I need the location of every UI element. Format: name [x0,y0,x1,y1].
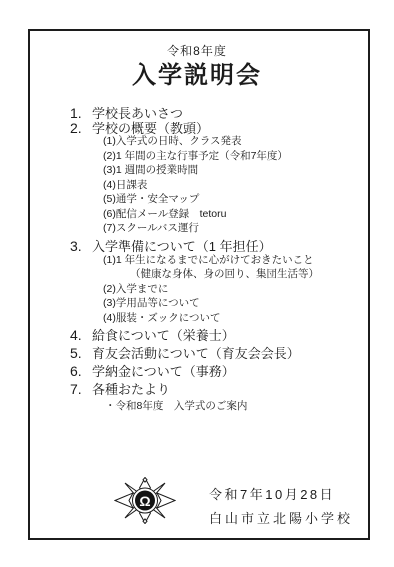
agenda-subitem: (7)スクールバス運行 [103,220,199,235]
agenda-subitem: (4)日課表 [103,177,147,192]
agenda-item-number: 2. [70,120,92,136]
agenda-item-number: 5. [70,345,92,361]
agenda-item-number: 4. [70,327,92,343]
school-name: 白山市立北陽小学校 [209,508,353,527]
agenda-item-label: 各種おたより [92,382,170,397]
agenda-subitem: (5)通学・安全マップ [103,191,199,206]
agenda-subitem: (1)1 年生になるまでに心がけておきたいこと [103,252,314,267]
agenda-subitem: (2)1 年間の主な行事予定（令和7年度） [103,148,288,163]
agenda-subitem-note: （健康な身体、身の回り、集団生活等） [130,266,319,281]
agenda-item-7: 7.各種おたより [70,379,170,398]
emblem-crest-glyph: Ω [139,493,150,509]
agenda-subitem: (4)服装・ズックについて [103,310,221,325]
agenda-subitem: (3)1 週間の授業時間 [103,162,198,177]
agenda-item-number: 6. [70,363,92,379]
agenda-subitem: (1)入学式の日時、クラス発表 [103,133,242,148]
agenda-subitem: (2)入学までに [103,281,168,296]
school-emblem-icon: Ω [114,477,176,524]
agenda-item-label: 育友会活動について（育友会会長） [92,346,300,361]
page-title: 入学説明会 [0,55,394,90]
document-date: 令和7年10月28日 [209,484,335,503]
agenda-item-5: 5.育友会活動について（育友会会長） [70,343,300,362]
agenda-item-number: 7. [70,381,92,397]
agenda-item-number: 3. [70,238,92,254]
agenda-item-4: 4.給食について（栄養士） [70,325,235,344]
agenda-subitem: (3)学用品等について [103,295,200,310]
agenda-item-label: 給食について（栄養士） [92,328,235,343]
agenda-bullet-note: ・令和8年度 入学式のご案内 [105,398,247,413]
agenda-subitem: (6)配信メール登録 tetoru [103,206,226,221]
agenda-item-label: 学納金について（事務） [92,364,235,379]
agenda-item-6: 6.学納金について（事務） [70,361,235,380]
